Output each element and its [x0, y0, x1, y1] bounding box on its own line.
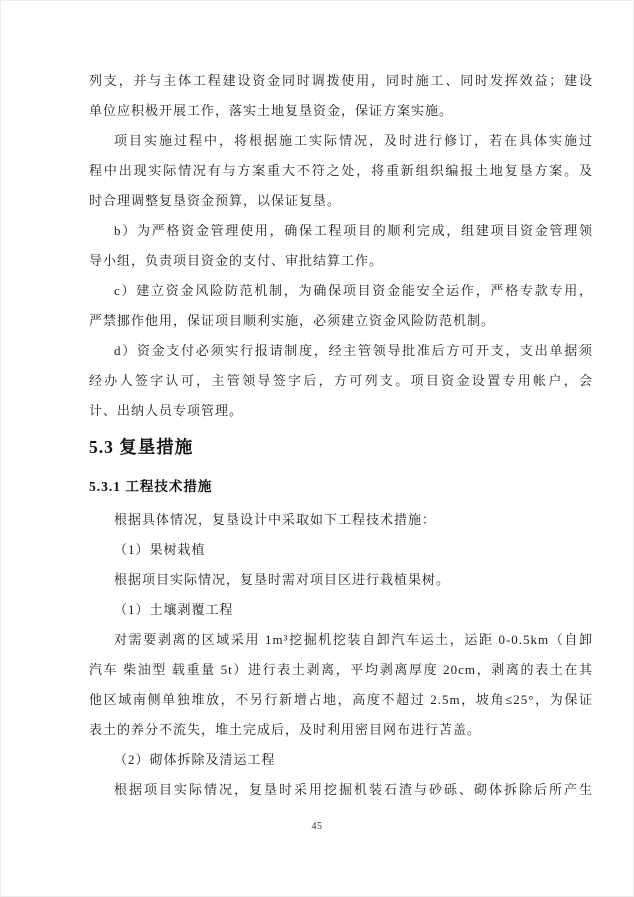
text-line: 根据具体情况，复垦设计中采取如下工程技术措施： [89, 505, 593, 535]
text-line: 时合理调整复垦资金预算，以保证复垦。 [89, 186, 593, 216]
text-line: 经办人签字认可，主管领导签字后，方可列支。项目资金设置专用帐户，会 [89, 366, 593, 396]
text-line: 对需要剥离的区域采用 1m³挖掘机挖装自卸汽车运土，运距 0-0.5km（自卸 [89, 625, 593, 655]
text-line: （1）果树栽植 [89, 535, 593, 565]
text-line: 单位应积极开展工作，落实土地复垦资金，保证方案实施。 [89, 96, 593, 126]
text-line: 他区域南侧单独堆放，不另行新增占地，高度不超过 2.5m，坡角≤25°，为保证 [89, 685, 593, 715]
text-line: 汽车 柴油型 载重量 5t）进行表土剥离，平均剥离厚度 20cm，剥离的表土在其 [89, 655, 593, 685]
text-line: 表土的养分不流失，堆土完成后，及时利用密目网布进行苫盖。 [89, 715, 593, 745]
text-line: 项目实施过程中，将根据施工实际情况，及时进行修订，若在具体实施过 [89, 126, 593, 156]
page-number: 45 [1, 821, 633, 832]
text-line: c）建立资金风险防范机制，为确保项目资金能安全运作，严格专款专用， [89, 276, 593, 306]
text-line: 根据项目实际情况，复垦时采用挖掘机装石渣与砂砾、砌体拆除后所产生 [89, 775, 593, 805]
text-line: （1）土壤剥覆工程 [89, 595, 593, 625]
text-line: 计、出纳人员专项管理。 [89, 396, 593, 426]
spacer [89, 497, 593, 505]
text-line: 根据项目实际情况，复垦时需对项目区进行栽植果树。 [89, 565, 593, 595]
document-page: 列支，并与主体工程建设资金同时调拨使用，同时施工、同时发挥效益；建设 单位应积极… [0, 0, 634, 897]
text-line: 列支，并与主体工程建设资金同时调拨使用，同时施工、同时发挥效益；建设 [89, 66, 593, 96]
text-line: 严禁挪作他用，保证项目顺利实施，必须建立资金风险防范机制。 [89, 306, 593, 336]
text-line: （2）砌体拆除及清运工程 [89, 745, 593, 775]
subsection-heading-5-3-1: 5.3.1 工程技术措施 [89, 477, 593, 497]
text-line: 程中出现实际情况有与方案重大不符之处，将重新组织编报土地复垦方案。及 [89, 156, 593, 186]
text-block: 列支，并与主体工程建设资金同时调拨使用，同时施工、同时发挥效益；建设 单位应积极… [89, 66, 593, 805]
text-line: b）为严格资金管理使用，确保工程项目的顺利完成，组建项目资金管理领 [89, 216, 593, 246]
text-line: d）资金支付必须实行报请制度，经主管领导批准后方可开支，支出单据须 [89, 336, 593, 366]
section-heading-5-3: 5.3 复垦措施 [89, 434, 593, 461]
text-line: 导小组，负责项目资金的支付、审批结算工作。 [89, 246, 593, 276]
